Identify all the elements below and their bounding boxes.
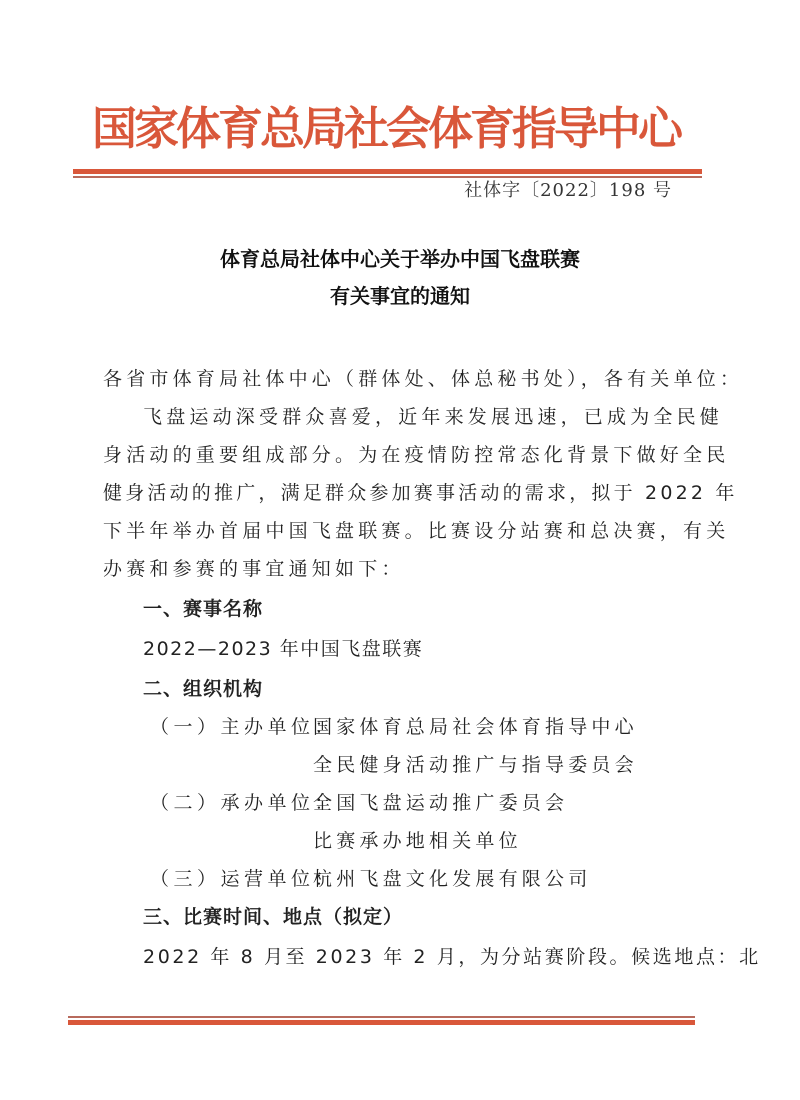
intro-line-5: 办赛和参赛的事宜通知如下： xyxy=(103,550,405,588)
org-item-3-value-1: 杭州飞盘文化发展有限公司 xyxy=(313,860,591,898)
org-item-1-value-1: 国家体育总局社会体育指导中心 xyxy=(313,708,638,746)
section-1-content: 2022—2023 年中国飞盘联赛 xyxy=(143,630,423,668)
org-item-1-value-2: 全民健身活动推广与指导委员会 xyxy=(313,746,638,784)
org-item-2-label: （二）承办单位： xyxy=(150,784,338,822)
section-3-content: 2022 年 8 月至 2023 年 2 月，为分站赛阶段。候选地点：北 xyxy=(143,938,761,976)
document-title-line-1: 体育总局社体中心关于举办中国飞盘联赛 xyxy=(0,240,800,278)
footer-rule-thin xyxy=(68,1016,695,1018)
org-item-2-value-1: 全国飞盘运动推广委员会 xyxy=(313,784,568,822)
letterhead-org-name: 国家体育总局社会体育指导中心 xyxy=(92,96,692,162)
intro-line-3: 健身活动的推广，满足群众参加赛事活动的需求，拟于 2022 年 xyxy=(103,474,738,512)
document-number: 社体字〔2022〕198 号 xyxy=(464,178,672,204)
intro-line-4: 下半年举办首届中国飞盘联赛。比赛设分站赛和总决赛，有关 xyxy=(103,512,729,550)
letterhead-rule-thick xyxy=(73,169,702,174)
section-1-heading: 一、赛事名称 xyxy=(143,590,263,628)
org-item-2-value-2: 比赛承办地相关单位 xyxy=(313,822,522,860)
section-2-heading: 二、组织机构 xyxy=(143,670,263,708)
salutation: 各省市体育局社体中心（群体处、体总秘书处），各有关单位： xyxy=(103,360,743,398)
footer-rule-thick xyxy=(68,1020,695,1025)
intro-line-2: 身活动的重要组成部分。为在疫情防控常态化背景下做好全民 xyxy=(103,436,729,474)
org-item-1-label: （一）主办单位： xyxy=(150,708,338,746)
section-3-heading: 三、比赛时间、地点（拟定） xyxy=(143,898,403,936)
intro-line-1: 飞盘运动深受群众喜爱，近年来发展迅速，已成为全民健 xyxy=(143,398,723,436)
org-item-3-label: （三）运营单位： xyxy=(150,860,338,898)
document-title-line-2: 有关事宜的通知 xyxy=(0,277,800,315)
